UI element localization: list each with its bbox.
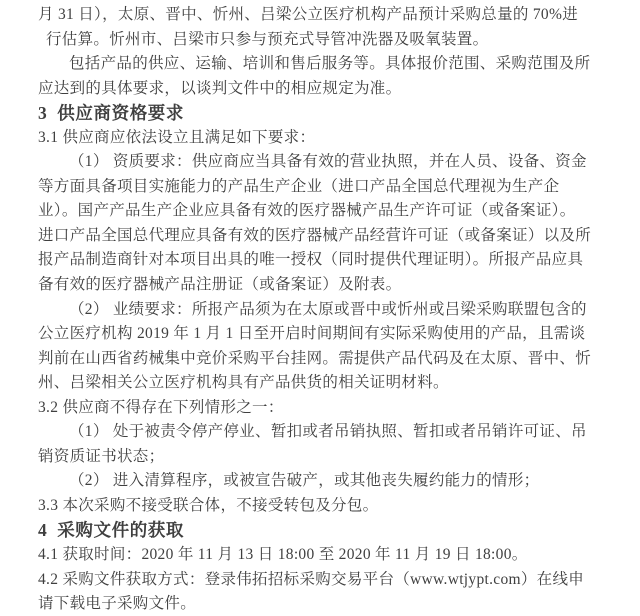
doc-line: 备有效的医疗器械产品注册证（或备案证）及附表。 xyxy=(38,273,634,298)
doc-line-item-1: （1） 资质要求：供应商应当具备有效的营业执照，并在人员、设备、资金 xyxy=(38,150,634,175)
heading-section-4: 4 采购文件的获取 xyxy=(38,518,634,543)
doc-line-item-2: （2） 业绩要求：所报产品须为在太原或晋中或忻州或吕梁采购联盟包含的 xyxy=(38,298,634,323)
doc-line-clause-3-2: 3.2 供应商不得存在下列情形之一： xyxy=(38,396,634,421)
doc-line-item-1: （1） 处于被责令停产停业、暂扣或者吊销执照、暂扣或者吊销许可证、吊 xyxy=(38,420,634,445)
doc-line: 包括产品的供应、运输、培训和售后服务等。具体报价范围、采购范围及所 xyxy=(38,52,634,77)
doc-line-item-2: （2） 进入清算程序，或被宣告破产，或其他丧失履约能力的情形； xyxy=(38,469,634,494)
doc-line: 业）。国产产品生产企业应具备有效的医疗器械产品生产许可证（或备案证）。 xyxy=(38,199,634,224)
doc-line-clause-4-2: 4.2 采购文件获取方式：登录伟拓招标采购交易平台（www.wtjypt.com… xyxy=(38,568,634,593)
doc-line-clause-3-3: 3.3 本次采购不接受联合体，不接受转包及分包。 xyxy=(38,494,634,519)
document-page: 月 31 日），太原、晋中、忻州、吕梁公立医疗机构产品预计采购总量的 70%进 … xyxy=(0,0,640,616)
doc-line: 销资质证书状态； xyxy=(38,445,634,470)
doc-line: 判前在山西省药械集中竞价采购平台挂网。需提供产品代码及在太原、晋中、忻 xyxy=(38,347,634,372)
doc-line: 州、吕梁相关公立医疗机构具有产品供货的相关证明材料。 xyxy=(38,371,634,396)
doc-line: 进口产品全国总代理应具备有效的医疗器械产品经营许可证（或备案证）以及所 xyxy=(38,224,634,249)
doc-line: 月 31 日），太原、晋中、忻州、吕梁公立医疗机构产品预计采购总量的 70%进 xyxy=(38,3,634,28)
doc-line: 行估算。忻州市、吕梁市只参与预充式导管冲洗器及吸氧装置。 xyxy=(38,28,634,53)
doc-line: 应达到的具体要求，以谈判文件中的相应规定为准。 xyxy=(38,77,634,102)
doc-line: 报产品制造商针对本项目出具的唯一授权（同时提供代理证明）。所报产品应具 xyxy=(38,248,634,273)
heading-section-3: 3 供应商资格要求 xyxy=(38,101,634,126)
doc-line-clause-3-1: 3.1 供应商应依法设立且满足如下要求： xyxy=(38,126,634,151)
doc-line: 公立医疗机构 2019 年 1 月 1 日至开启时间期间有实际采购使用的产品，且… xyxy=(38,322,634,347)
doc-line-clause-4-1: 4.1 获取时间：2020 年 11 月 13 日 18:00 至 2020 年… xyxy=(38,543,634,568)
doc-line: 等方面具备项目实施能力的产品生产企业（进口产品全国总代理视为生产企 xyxy=(38,175,634,200)
document-body: 月 31 日），太原、晋中、忻州、吕梁公立医疗机构产品预计采购总量的 70%进 … xyxy=(0,0,640,616)
doc-line: 请下载电子采购文件。 xyxy=(38,592,634,616)
